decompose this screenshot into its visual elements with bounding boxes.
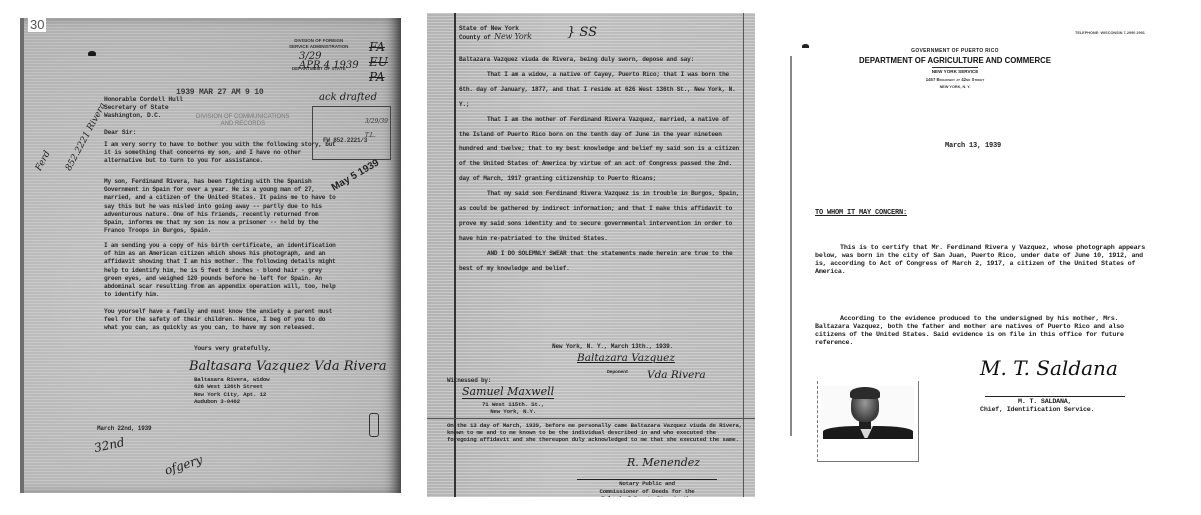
affidavit-opening: Baltazara Vazquez viuda de Rivera, being… bbox=[459, 53, 741, 68]
letterhead-service: NEW YORK SERVICE bbox=[790, 69, 1120, 74]
binding-line bbox=[790, 56, 792, 436]
received-timestamp: 1939 MAR 27 AM 9 10 bbox=[176, 88, 263, 97]
affidavit-statement: That I am a widow, a native of Cayey, Pu… bbox=[459, 68, 741, 113]
notary-statement: On the 13 day of March, 1939, before me … bbox=[447, 422, 747, 443]
deponent-signature-line2: Vda Rivera bbox=[647, 369, 706, 381]
portrait-image bbox=[821, 386, 914, 439]
closing: Yours very gratefully, bbox=[194, 345, 271, 352]
signature: Baltasara Vazquez Vda Rivera bbox=[189, 359, 387, 374]
venue-block: State of New York County of New York bbox=[459, 25, 532, 41]
certificate-paragraph: This is to certify that Mr. Ferdinand Ri… bbox=[815, 244, 1150, 276]
notary-signature: R. Menendez bbox=[627, 456, 700, 469]
letterhead-city: NEW YORK, N. Y. bbox=[790, 85, 1120, 89]
letterhead-address: 1457 Broadway at 42nd Street bbox=[790, 77, 1120, 82]
telephone: TELEPHONE: WISCONSIN 7-2990 2991 bbox=[1075, 31, 1145, 35]
signature: M. T. Saldana bbox=[980, 356, 1118, 380]
letter-paragraph: You yourself have a family and must know… bbox=[104, 308, 336, 333]
witness-label: Witnessed by: bbox=[447, 377, 491, 384]
affidavit-body: Baltazara Vazquez viuda de Rivera, being… bbox=[459, 53, 741, 277]
handwritten-note: 32nd bbox=[93, 435, 126, 455]
ack-note: ack drafted bbox=[319, 92, 377, 103]
certificate-date: March 13, 1939 bbox=[945, 142, 1001, 150]
date-stamp: May 5 1939 bbox=[330, 158, 381, 194]
affidavit-document: State of New York County of New York } S… bbox=[427, 13, 755, 497]
letter-document: 30 DIVISION OF FOREIGN SERVICE ADMINISTR… bbox=[20, 18, 401, 493]
small-stamp bbox=[369, 413, 379, 437]
letter-date: March 22nd, 1939 bbox=[97, 425, 151, 432]
section-divider bbox=[427, 418, 755, 419]
witness-signature: Samuel Maxwell bbox=[462, 385, 554, 399]
salutation: TO WHOM IT MAY CONCERN: bbox=[815, 209, 907, 217]
certificate-paragraph: According to the evidence produced to th… bbox=[815, 315, 1150, 347]
routing-marks: FA EU PA bbox=[369, 40, 388, 85]
affidavit-statement: That my said son Ferdinand Rivera Vazque… bbox=[459, 187, 741, 247]
handwritten-note: ofgery bbox=[163, 452, 204, 477]
letterhead-government: GOVERNMENT OF PUERTO RICO bbox=[790, 48, 1120, 54]
ss-mark: } SS bbox=[567, 25, 597, 40]
deponent-label: Deponent bbox=[607, 370, 628, 375]
signer-block: M. T. SALDANA, Chief, Identification Ser… bbox=[980, 398, 1140, 414]
box-stamp-note: 3/29/39 T.L. bbox=[365, 115, 388, 143]
notary-title: Notary Public and Commissioner of Deeds … bbox=[577, 479, 717, 497]
affidavit-statement: AND I DO SOLEMNLY SWEAR that the stateme… bbox=[459, 247, 741, 277]
page-number: 30 bbox=[28, 18, 46, 32]
sworn-location-date: New York, N. Y., March 13th., 1939. bbox=[552, 343, 673, 350]
letterhead-department: DEPARTMENT OF AGRICULTURE AND COMMERCE bbox=[790, 56, 1120, 65]
affidavit-statement: That I am the mother of Ferdinand Rivera… bbox=[459, 113, 741, 188]
records-stamp: DIVISION OF COMMUNICATIONS AND RECORDS bbox=[196, 114, 290, 128]
letter-paragraph: I am sending you a copy of his birth cer… bbox=[104, 242, 336, 299]
sender-block: Baltasara Rivera, widow 626 West 136th S… bbox=[194, 376, 269, 405]
id-photograph bbox=[817, 381, 919, 462]
recipient-block: Honorable Cordell Hull Secretary of Stat… bbox=[104, 96, 183, 120]
salutation: Dear Sir: bbox=[104, 129, 136, 136]
margin-note: Ferd bbox=[34, 149, 53, 172]
deponent-signature: Baltazara Vazquez bbox=[577, 353, 675, 364]
witness-address: 71 West 115th. St., New York, N.Y. bbox=[482, 401, 544, 415]
ink-blot bbox=[88, 51, 96, 56]
letter-paragraph: My son, Ferdinand Rivera, has been fight… bbox=[104, 178, 336, 235]
certificate-document: TELEPHONE: WISCONSIN 7-2990 2991 GOVERNM… bbox=[790, 18, 1201, 498]
department-stamp-handwriting: 3/29 APR 4 1939 bbox=[299, 52, 359, 70]
margin-note: 852.2221 Rivera bbox=[64, 101, 108, 172]
letter-paragraph: I am very sorry to have to bother you wi… bbox=[104, 141, 336, 166]
signature-line bbox=[985, 396, 1125, 397]
